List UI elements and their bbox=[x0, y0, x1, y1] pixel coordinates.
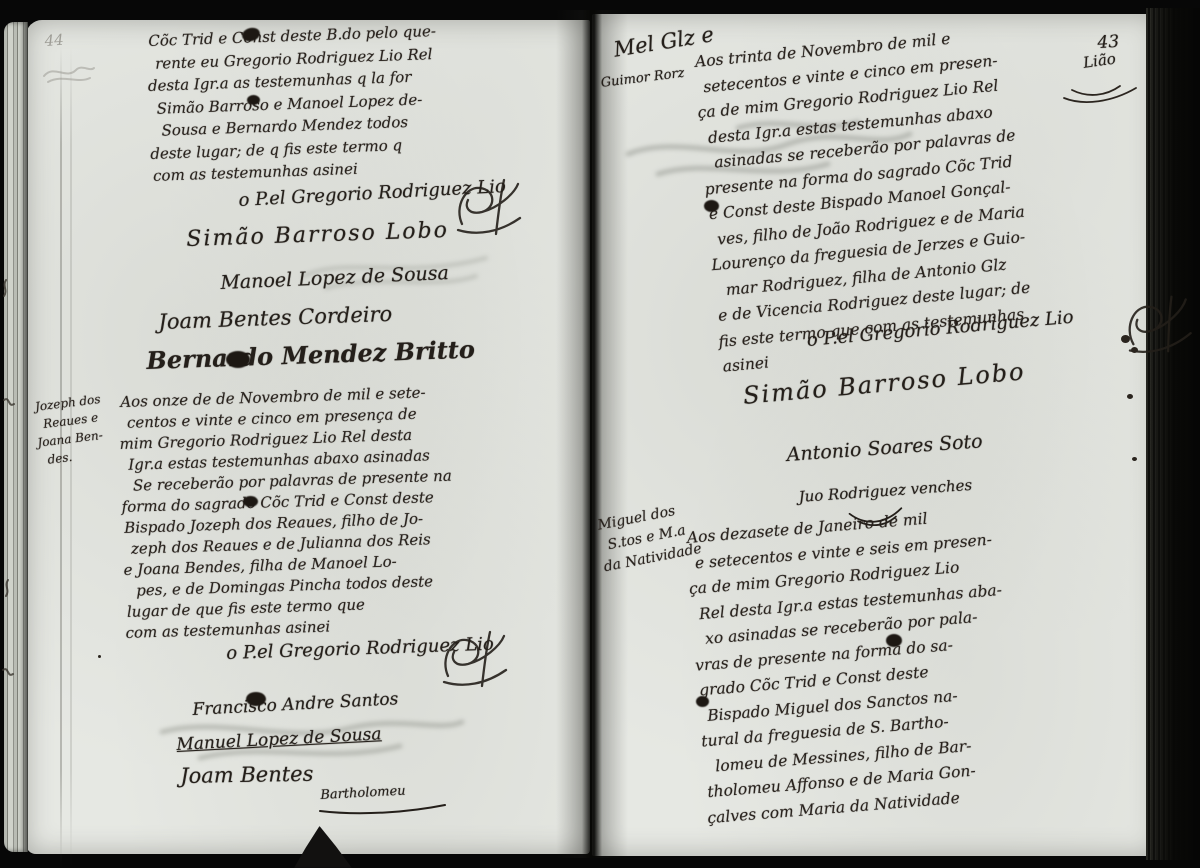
ink-blot bbox=[704, 200, 719, 212]
folio-rubric-flourish bbox=[1058, 80, 1142, 112]
ink-blot bbox=[247, 95, 260, 105]
record-body: Cõc Trid e Const deste B.do pelo que-ren… bbox=[148, 18, 498, 187]
ink-spot bbox=[1127, 394, 1133, 399]
signature-tail-flourish bbox=[318, 800, 448, 820]
corner-scribble bbox=[38, 54, 100, 94]
ink-blot bbox=[246, 692, 266, 706]
witness-signature: Joam Bentes bbox=[180, 762, 314, 788]
edge-ink-marks bbox=[0, 250, 22, 774]
signature-tail-flourish bbox=[845, 504, 907, 534]
ink-spot bbox=[1132, 457, 1137, 461]
ink-blot bbox=[886, 634, 902, 647]
ink-blot bbox=[696, 696, 709, 707]
fore-edge bbox=[1146, 8, 1200, 860]
signature-rubric-flourish bbox=[438, 630, 510, 692]
signature-rubric-flourish bbox=[452, 178, 524, 240]
record-body: Aos dezasete de Janeiro de mile setecent… bbox=[686, 494, 1109, 831]
corner-folio-mark: 44 bbox=[44, 31, 64, 50]
ink-spot bbox=[1121, 335, 1130, 343]
record-body: Aos onze de de Novembro de mil e sete-ce… bbox=[120, 381, 488, 644]
ink-blot bbox=[243, 496, 258, 507]
ink-spot bbox=[1131, 347, 1138, 353]
manuscript-scan: 44 Cõc Trid e Const deste B.do pelo que-… bbox=[0, 0, 1200, 868]
ink-blot bbox=[226, 351, 250, 368]
ink-spot bbox=[98, 655, 101, 658]
